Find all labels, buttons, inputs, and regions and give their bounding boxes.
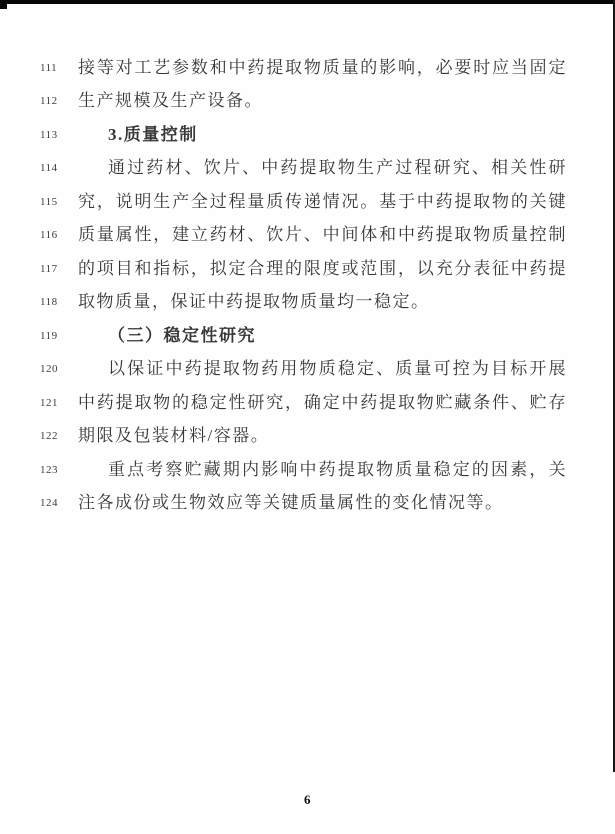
line-row-123: 123 重点考察贮藏期内影响中药提取物质量稳定的因素，关 — [0, 453, 615, 487]
line-number: 118 — [40, 296, 78, 308]
line-row-122: 122 期限及包装材料/容器。 — [0, 420, 615, 454]
line-row-116: 116 质量属性，建立药材、饮片、中间体和中药提取物质量控制 — [0, 219, 615, 253]
line-text: 的项目和指标，拟定合理的限度或范围，以充分表征中药提 — [78, 259, 567, 279]
line-row-121: 121 中药提取物的稳定性研究，确定中药提取物贮藏条件、贮存 — [0, 386, 615, 420]
page-footer: 6 — [0, 791, 615, 809]
section-heading-stability-research: （三）稳定性研究 — [78, 326, 567, 346]
line-number: 115 — [40, 196, 78, 208]
line-text: 通过药材、饮片、中药提取物生产过程研究、相关性研 — [78, 158, 567, 178]
line-number: 121 — [40, 397, 78, 409]
line-number: 113 — [40, 129, 78, 141]
line-row-120: 120 以保证中药提取物药用物质稳定、质量可控为目标开展 — [0, 353, 615, 387]
line-number: 117 — [40, 263, 78, 275]
line-text: 注各成份或生物效应等关键质量属性的变化情况等。 — [78, 493, 567, 513]
page-number: 6 — [304, 792, 311, 807]
line-number: 122 — [40, 430, 78, 442]
line-number: 119 — [40, 330, 78, 342]
line-row-124: 124 注各成份或生物效应等关键质量属性的变化情况等。 — [0, 487, 615, 521]
line-row-119: 119 （三）稳定性研究 — [0, 319, 615, 353]
scan-edge-top — [0, 0, 615, 4]
line-text: 接等对工艺参数和中药提取物质量的影响，必要时应当固定 — [78, 58, 567, 78]
line-text: 中药提取物的稳定性研究，确定中药提取物贮藏条件、贮存 — [78, 393, 567, 413]
line-row-117: 117 的项目和指标，拟定合理的限度或范围，以充分表征中药提 — [0, 252, 615, 286]
line-row-111: 111 接等对工艺参数和中药提取物质量的影响，必要时应当固定 — [0, 51, 615, 85]
line-text: 期限及包装材料/容器。 — [78, 426, 567, 446]
line-row-118: 118 取物质量，保证中药提取物质量均一稳定。 — [0, 286, 615, 320]
line-row-114: 114 通过药材、饮片、中药提取物生产过程研究、相关性研 — [0, 152, 615, 186]
document-body: 111 接等对工艺参数和中药提取物质量的影响，必要时应当固定 112 生产规模及… — [0, 51, 615, 520]
line-number: 114 — [40, 162, 78, 174]
line-text: 重点考察贮藏期内影响中药提取物质量稳定的因素，关 — [78, 460, 567, 480]
line-text: 质量属性，建立药材、饮片、中间体和中药提取物质量控制 — [78, 225, 567, 245]
line-row-115: 115 究，说明生产全过程量质传递情况。基于中药提取物的关键 — [0, 185, 615, 219]
section-heading-quality-control: 3.质量控制 — [78, 125, 567, 145]
line-number: 111 — [40, 62, 78, 74]
line-text: 生产规模及生产设备。 — [78, 91, 567, 111]
line-number: 120 — [40, 363, 78, 375]
line-row-113: 113 3.质量控制 — [0, 118, 615, 152]
line-text: 究，说明生产全过程量质传递情况。基于中药提取物的关键 — [78, 192, 567, 212]
line-number: 123 — [40, 464, 78, 476]
line-number: 112 — [40, 95, 78, 107]
line-number: 124 — [40, 497, 78, 509]
line-text: 以保证中药提取物药用物质稳定、质量可控为目标开展 — [78, 359, 567, 379]
line-text: 取物质量，保证中药提取物质量均一稳定。 — [78, 292, 567, 312]
document-page: 111 接等对工艺参数和中药提取物质量的影响，必要时应当固定 112 生产规模及… — [0, 0, 615, 834]
line-number: 116 — [40, 229, 78, 241]
scan-edge-corner-notch — [0, 0, 7, 9]
line-row-112: 112 生产规模及生产设备。 — [0, 85, 615, 119]
